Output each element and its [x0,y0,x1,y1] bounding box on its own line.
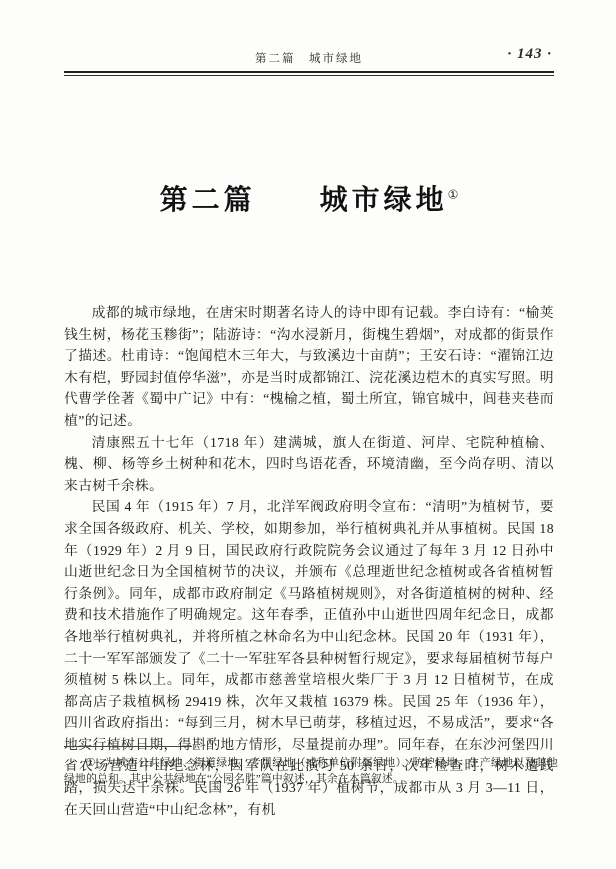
title-footnote-ref: ① [448,188,459,202]
footnote-area: ①为城市公共绿地、街道绿地、专用绿地（或称单位附属绿地）、防护绿地、生产绿地以及… [64,746,558,787]
running-header-title: 第二篇 城市绿地 [64,50,554,66]
paragraph: 清康熙五十七年（1718 年）建满城，旗人在街道、河岸、宅院种植榆、槐、柳、杨等… [64,432,554,497]
running-header: 第二篇 城市绿地 · 143 · [64,50,554,68]
paragraph: 成都的城市绿地，在唐宋时期著名诗人的诗中即有记载。李白诗有：“榆荚钱生树，杨花玉… [64,302,554,432]
footnote-marker: ① [86,757,96,769]
footnote-separator-rule [64,746,192,747]
page-number: · 143 · [508,46,553,63]
chapter-title: 第二篇 城市绿地① [64,178,554,218]
footnote: ①为城市公共绿地、街道绿地、专用绿地（或称单位附属绿地）、防护绿地、生产绿地以及… [64,756,558,787]
chapter-title-text: 第二篇 城市绿地 [160,185,448,216]
book-page: 第二篇 城市绿地 · 143 · 第二篇 城市绿地① 成都的城市绿地，在唐宋时期… [0,0,616,869]
body-text: 成都的城市绿地，在唐宋时期著名诗人的诗中即有记载。李白诗有：“榆荚钱生树，杨花玉… [64,302,554,820]
footnote-text: 为城市公共绿地、街道绿地、专用绿地（或称单位附属绿地）、防护绿地、生产绿地以及其… [64,757,558,785]
header-double-rule [64,71,554,76]
